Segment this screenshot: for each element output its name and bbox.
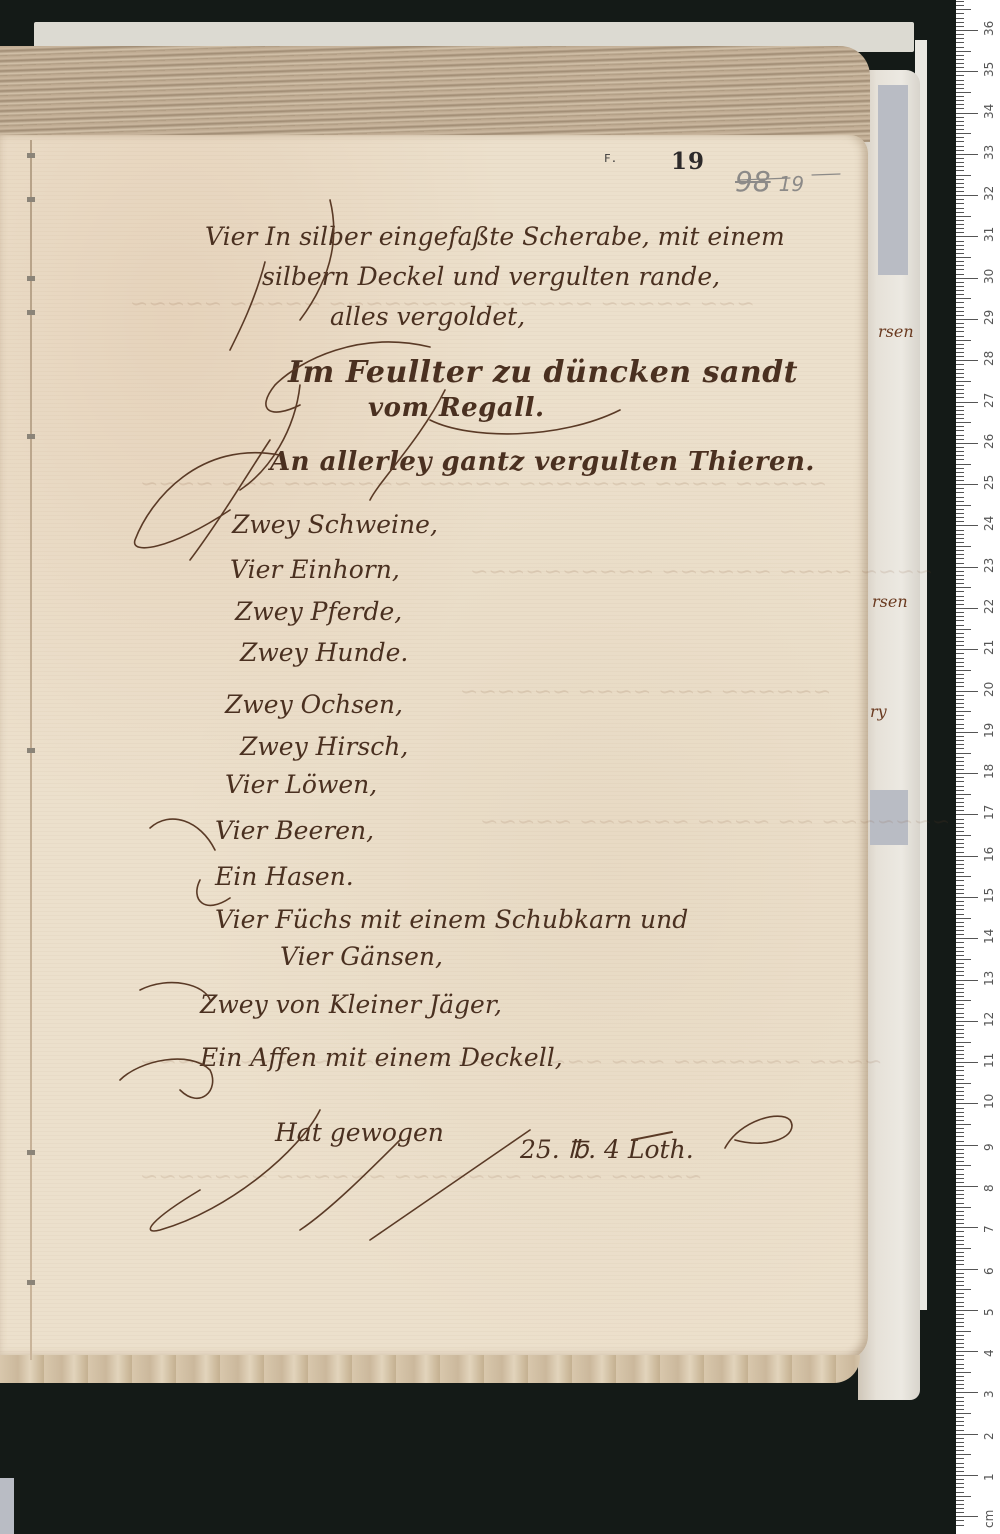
ruler-tick xyxy=(956,121,964,122)
ruler-tick xyxy=(956,253,964,254)
ruler-tick xyxy=(956,1260,964,1261)
ruler-tick xyxy=(956,274,964,275)
ruler-tick xyxy=(956,447,964,448)
ruler-tick xyxy=(956,129,964,130)
ruler-number: 11 xyxy=(982,1053,996,1068)
ruler-tick xyxy=(956,1430,964,1431)
ruler-tick xyxy=(956,897,978,898)
ruler-tick xyxy=(956,501,964,502)
ruler-tick xyxy=(956,1165,971,1166)
ruler-tick xyxy=(956,1504,964,1505)
ruler-tick xyxy=(956,715,964,716)
ruler-tick xyxy=(956,827,964,828)
ruler-tick xyxy=(956,955,964,956)
ruler-tick xyxy=(956,203,964,204)
ruler-tick xyxy=(956,286,964,287)
ruler-tick xyxy=(956,1450,964,1451)
manuscript-total-weight: 25. ℔. 4 Loth. xyxy=(520,1135,694,1164)
ruler-tick xyxy=(956,880,964,881)
ruler-tick xyxy=(956,711,971,712)
ruler-tick xyxy=(956,1500,964,1501)
ruler-tick xyxy=(956,1083,971,1084)
ruler-tick xyxy=(956,22,964,23)
ruler-tick xyxy=(956,1207,971,1208)
ruler-tick xyxy=(956,459,964,460)
ruler-tick xyxy=(956,1335,964,1336)
ruler-tick xyxy=(956,1079,964,1080)
ruler-tick xyxy=(956,810,964,811)
folio-number-stamp: 19 xyxy=(671,148,705,175)
ruler-tick xyxy=(956,509,964,510)
bleed-through-text: ~~~~ ~~~~ ~~~~~~ ~~~~~~~~~~ xyxy=(470,560,933,585)
ruler-tick xyxy=(956,1277,964,1278)
manuscript-line: Hat gewogen xyxy=(275,1118,444,1147)
ruler-tick xyxy=(956,443,978,444)
ruler-tick xyxy=(956,183,964,184)
ruler-tick xyxy=(956,1331,971,1332)
ruler-tick xyxy=(956,323,964,324)
ruler-tick xyxy=(956,831,964,832)
ruler-tick xyxy=(956,480,964,481)
ruler-tick xyxy=(956,1310,978,1311)
ruler-tick xyxy=(956,1062,978,1063)
ruler-tick xyxy=(956,356,964,357)
ruler-tick xyxy=(956,278,978,279)
ruler-tick xyxy=(956,761,964,762)
ruler-tick xyxy=(956,703,964,704)
ruler-tick xyxy=(956,802,964,803)
ruler-tick xyxy=(956,1409,964,1410)
ruler-tick xyxy=(956,1227,978,1228)
ruler-tick xyxy=(956,596,964,597)
ruler-tick xyxy=(956,868,964,869)
ruler-tick xyxy=(956,1116,964,1117)
ruler-tick xyxy=(956,232,964,233)
ruler-tick xyxy=(956,707,964,708)
ruler-tick xyxy=(956,847,964,848)
ruler-tick xyxy=(956,1087,964,1088)
ruler-number: 35 xyxy=(982,62,996,77)
ruler-tick xyxy=(956,80,964,81)
margin-note: ry xyxy=(870,702,887,721)
ruler-tick xyxy=(956,1392,978,1393)
ruler-tick xyxy=(956,992,964,993)
ruler-tick xyxy=(956,682,964,683)
ruler-tick xyxy=(956,208,964,209)
ruler-tick xyxy=(956,1281,964,1282)
ruler-tick xyxy=(956,1483,964,1484)
ruler-tick xyxy=(956,257,971,258)
ruler-tick xyxy=(956,1161,964,1162)
ruler-tick xyxy=(956,538,964,539)
ruler-tick xyxy=(956,1442,964,1443)
ruler-tick xyxy=(956,1351,978,1352)
ruler-tick xyxy=(956,699,964,700)
ruler-tick xyxy=(956,773,978,774)
ruler-tick xyxy=(956,455,964,456)
ruler-tick xyxy=(956,806,964,807)
ruler-tick xyxy=(956,1252,964,1253)
ruler-tick xyxy=(956,484,978,485)
ruler-tick xyxy=(956,1000,971,1001)
pencil-folio-number: 9819 xyxy=(735,165,804,198)
ruler-tick xyxy=(956,1244,964,1245)
ruler-tick xyxy=(956,265,964,266)
ruler-tick xyxy=(956,1425,964,1426)
ruler-tick xyxy=(956,546,971,547)
manuscript-heading: vom Regall. xyxy=(368,393,545,423)
ruler-tick xyxy=(956,1458,964,1459)
manuscript-line: Zwey Schweine, xyxy=(232,510,438,539)
ruler-tick xyxy=(956,1174,964,1175)
ruler-tick xyxy=(956,1454,971,1455)
ruler-tick xyxy=(956,1516,978,1517)
ruler-tick xyxy=(956,410,964,411)
ruler-number: 8 xyxy=(982,1184,996,1192)
ruler-tick xyxy=(956,686,964,687)
ruler-tick xyxy=(956,75,964,76)
ruler-number: 24 xyxy=(982,516,996,531)
ruler-tick xyxy=(956,220,964,221)
ruler-tick xyxy=(956,872,964,873)
ruler-tick xyxy=(956,554,964,555)
ruler-tick xyxy=(956,1,964,2)
ruler-tick xyxy=(956,996,964,997)
ruler-tick xyxy=(956,158,964,159)
ruler-tick xyxy=(956,298,971,299)
ruler-tick xyxy=(956,748,964,749)
ruler-tick xyxy=(956,1467,964,1468)
ruler-tick xyxy=(956,959,971,960)
ruler-number: 1 xyxy=(982,1473,996,1481)
ruler-tick xyxy=(956,464,971,465)
ruler-tick xyxy=(956,166,964,167)
ruler-tick xyxy=(956,133,971,134)
ruler-tick xyxy=(956,1124,971,1125)
ruler-tick xyxy=(956,1289,971,1290)
ruler-tick xyxy=(956,563,964,564)
ruler-tick xyxy=(956,534,964,535)
ruler-number: 10 xyxy=(982,1094,996,1109)
ruler-tick xyxy=(956,918,971,919)
ruler-number: 26 xyxy=(982,434,996,449)
ruler-number: 25 xyxy=(982,475,996,490)
ruler-number: 17 xyxy=(982,805,996,820)
ruler-tick xyxy=(956,1421,964,1422)
ruler-tick xyxy=(956,472,964,473)
ruler-tick xyxy=(956,901,964,902)
ruler-tick xyxy=(956,377,964,378)
ruler-tick xyxy=(956,1190,964,1191)
manuscript-line: alles vergoldet, xyxy=(330,302,525,331)
ruler-number: 31 xyxy=(982,227,996,242)
ruler-tick xyxy=(956,922,964,923)
ruler-number: 20 xyxy=(982,681,996,696)
ruler-tick xyxy=(956,1434,978,1435)
ruler-tick xyxy=(956,1050,964,1051)
ruler-number: 19 xyxy=(982,723,996,738)
manuscript-heading: An allerley gantz vergulten Thieren. xyxy=(270,447,815,477)
ruler-tick xyxy=(956,1037,964,1038)
ruler-tick xyxy=(956,988,964,989)
bleed-through-text: ~~~~~~ ~~~ ~~~~ ~~~~~~ xyxy=(460,680,831,705)
ruler-tick xyxy=(956,187,964,188)
blue-paper-tab xyxy=(0,1478,14,1534)
ruler-number: 21 xyxy=(982,640,996,655)
ruler-tick xyxy=(956,212,964,213)
ruler-tick xyxy=(956,1297,964,1298)
ruler-tick xyxy=(956,336,964,337)
ruler-tick xyxy=(956,418,964,419)
ruler-tick xyxy=(956,71,978,72)
binding-stitch xyxy=(27,1150,35,1155)
ruler-tick xyxy=(956,980,978,981)
manuscript-line: silbern Deckel und vergulten rande, xyxy=(262,262,720,291)
ruler-tick xyxy=(956,736,964,737)
ruler-tick xyxy=(956,629,971,630)
ruler-tick xyxy=(956,344,964,345)
ruler-tick xyxy=(956,497,964,498)
ruler-tick xyxy=(956,1368,964,1369)
ruler-number: 3 xyxy=(982,1391,996,1399)
ruler-tick xyxy=(956,179,964,180)
manuscript-line: Ein Hasen. xyxy=(215,862,354,891)
ruler-tick xyxy=(956,435,964,436)
ruler-number: 16 xyxy=(982,846,996,861)
ruler-tick xyxy=(956,728,964,729)
ruler-tick xyxy=(956,488,964,489)
ruler-tick xyxy=(956,389,964,390)
ruler-tick xyxy=(956,612,964,613)
ruler-tick xyxy=(956,13,964,14)
ruler-tick xyxy=(956,9,971,10)
ruler-tick xyxy=(956,889,964,890)
ruler-tick xyxy=(956,18,964,19)
ruler-tick xyxy=(956,26,964,27)
ruler-number: 12 xyxy=(982,1012,996,1027)
ruler-tick xyxy=(956,864,964,865)
ruler-tick xyxy=(956,1240,964,1241)
ruler-tick xyxy=(956,331,964,332)
ruler-tick xyxy=(956,113,978,114)
ruler-tick xyxy=(956,575,964,576)
ruler-tick xyxy=(956,1302,964,1303)
ruler-tick xyxy=(956,1219,964,1220)
ruler-tick xyxy=(956,926,964,927)
ruler-tick xyxy=(956,905,964,906)
ruler-tick xyxy=(956,852,964,853)
ruler-tick xyxy=(956,236,978,237)
ruler-tick xyxy=(956,1169,964,1170)
ruler-tick xyxy=(956,1153,964,1154)
ruler-tick xyxy=(956,96,964,97)
ruler-number: 7 xyxy=(982,1226,996,1234)
ruler-tick xyxy=(956,364,964,365)
ruler-tick xyxy=(956,1285,964,1286)
ruler-tick xyxy=(956,1120,964,1121)
ruler-tick xyxy=(956,385,964,386)
ruler-tick xyxy=(956,1314,964,1315)
ruler-tick xyxy=(956,666,964,667)
ruler-tick xyxy=(956,1256,964,1257)
ruler-tick xyxy=(956,790,964,791)
ruler-tick xyxy=(956,414,964,415)
ruler-tick xyxy=(956,670,971,671)
ruler-tick xyxy=(956,468,964,469)
ruler-tick xyxy=(956,199,964,200)
ruler-tick xyxy=(956,1479,964,1480)
ruler-tick xyxy=(956,695,964,696)
manuscript-line: Zwey von Kleiner Jäger, xyxy=(200,990,502,1019)
ruler-tick xyxy=(956,1446,964,1447)
ruler-tick xyxy=(956,1492,964,1493)
ruler-tick xyxy=(956,30,978,31)
manuscript-line: Vier Einhorn, xyxy=(230,555,400,584)
ruler-tick xyxy=(956,587,971,588)
ruler-tick xyxy=(956,47,964,48)
manuscript-line: Vier In silber eingefaßte Scherabe, mit … xyxy=(205,222,785,251)
binding-stitch xyxy=(27,197,35,202)
ruler-tick xyxy=(956,930,964,931)
ruler-tick xyxy=(956,658,964,659)
ruler-tick xyxy=(956,1215,964,1216)
ruler-tick xyxy=(956,649,978,650)
ruler-tick xyxy=(956,1384,964,1385)
ruler-tick xyxy=(956,476,964,477)
ruler-tick xyxy=(956,753,971,754)
ruler-tick xyxy=(956,571,964,572)
ruler-tick xyxy=(956,814,978,815)
binding-stitch xyxy=(27,276,35,281)
ruler-tick xyxy=(956,63,964,64)
ruler-tick xyxy=(956,430,964,431)
ruler-tick xyxy=(956,1075,964,1076)
ruler-tick xyxy=(956,282,964,283)
ruler-tick xyxy=(956,100,964,101)
ruler-tick xyxy=(956,641,964,642)
ruler-tick xyxy=(956,885,964,886)
ruler-tick xyxy=(956,971,964,972)
ruler-tick xyxy=(956,191,964,192)
ruler-tick xyxy=(956,51,971,52)
ruler-tick xyxy=(956,550,964,551)
ruler-tick xyxy=(956,269,964,270)
ruler-tick xyxy=(956,137,964,138)
ruler-tick xyxy=(956,451,964,452)
ruler-tick xyxy=(956,1136,964,1137)
ruler-tick xyxy=(956,967,964,968)
ruler-tick xyxy=(956,1413,971,1414)
manuscript-line: Zwey Pferde, xyxy=(235,597,402,626)
ruler-tick xyxy=(956,934,964,935)
manuscript-line: Ein Affen mit einem Deckell, xyxy=(200,1043,563,1072)
ruler-tick xyxy=(956,1326,964,1327)
ruler-tick xyxy=(956,439,964,440)
ruler-tick xyxy=(956,517,964,518)
ruler-tick xyxy=(956,352,964,353)
ruler-tick xyxy=(956,311,964,312)
ruler-tick xyxy=(956,1438,964,1439)
ruler-tick xyxy=(956,34,964,35)
ruler-tick xyxy=(956,1008,964,1009)
ruler-tick xyxy=(956,42,964,43)
ruler-tick xyxy=(956,154,978,155)
ruler-tick xyxy=(956,521,964,522)
ruler-tick xyxy=(956,1471,964,1472)
ruler-tick xyxy=(956,843,964,844)
ruler-tick xyxy=(956,938,978,939)
ruler-tick xyxy=(956,327,964,328)
ruler-tick xyxy=(956,914,964,915)
ruler-number: 30 xyxy=(982,268,996,283)
ruler-tick xyxy=(956,92,971,93)
ruler-tick xyxy=(956,228,964,229)
ruler-number: 5 xyxy=(982,1308,996,1316)
stamp-prefix: F. xyxy=(604,155,617,162)
ruler-tick xyxy=(956,1339,964,1340)
ruler-unit-label: cm xyxy=(982,1510,996,1528)
ruler-number: 28 xyxy=(982,351,996,366)
ruler-number: 4 xyxy=(982,1350,996,1358)
ruler-tick xyxy=(956,241,964,242)
ruler-tick xyxy=(956,1508,964,1509)
ruler-tick xyxy=(956,744,964,745)
ruler-tick xyxy=(956,567,978,568)
ruler-tick xyxy=(956,1248,971,1249)
ruler-tick xyxy=(956,426,964,427)
ruler-tick xyxy=(956,616,964,617)
ruler-tick xyxy=(956,360,978,361)
ruler-tick xyxy=(956,170,964,171)
ruler-tick xyxy=(956,340,971,341)
ruler-tick xyxy=(956,1496,971,1497)
ruler-tick xyxy=(956,108,964,109)
ruler-number: 6 xyxy=(982,1267,996,1275)
ruler-tick xyxy=(956,823,964,824)
ruler-tick xyxy=(956,1463,964,1464)
ruler-tick xyxy=(956,963,964,964)
ruler-tick xyxy=(956,1520,964,1521)
ruler-tick xyxy=(956,1388,964,1389)
ruler-tick xyxy=(956,600,964,601)
ruler-tick xyxy=(956,1194,964,1195)
ruler-number: 33 xyxy=(982,145,996,160)
ruler-tick xyxy=(956,975,964,976)
ruler-tick xyxy=(956,951,964,952)
manuscript-line: Vier Beeren, xyxy=(215,816,374,845)
ruler-tick xyxy=(956,740,964,741)
ruler-tick xyxy=(956,1306,964,1307)
manuscript-line: Zwey Ochsen, xyxy=(225,690,403,719)
ruler-tick xyxy=(956,5,964,6)
ruler-tick xyxy=(956,1211,964,1212)
ruler-tick xyxy=(956,732,978,733)
ruler-tick xyxy=(956,422,971,423)
ruler-tick xyxy=(956,856,978,857)
ruler-tick xyxy=(956,1347,964,1348)
ruler-tick xyxy=(956,492,964,493)
ruler-tick xyxy=(956,302,964,303)
ruler-tick xyxy=(956,691,978,692)
manuscript-line: Vier Füchs mit einem Schubkarn und xyxy=(215,905,688,934)
ruler-tick xyxy=(956,397,964,398)
ruler-tick xyxy=(956,1178,964,1179)
ruler-tick xyxy=(956,1355,964,1356)
ruler-tick xyxy=(956,1145,978,1146)
ruler-tick xyxy=(956,1293,964,1294)
ruler-tick xyxy=(956,294,964,295)
manuscript-line: Vier Löwen, xyxy=(225,770,377,799)
